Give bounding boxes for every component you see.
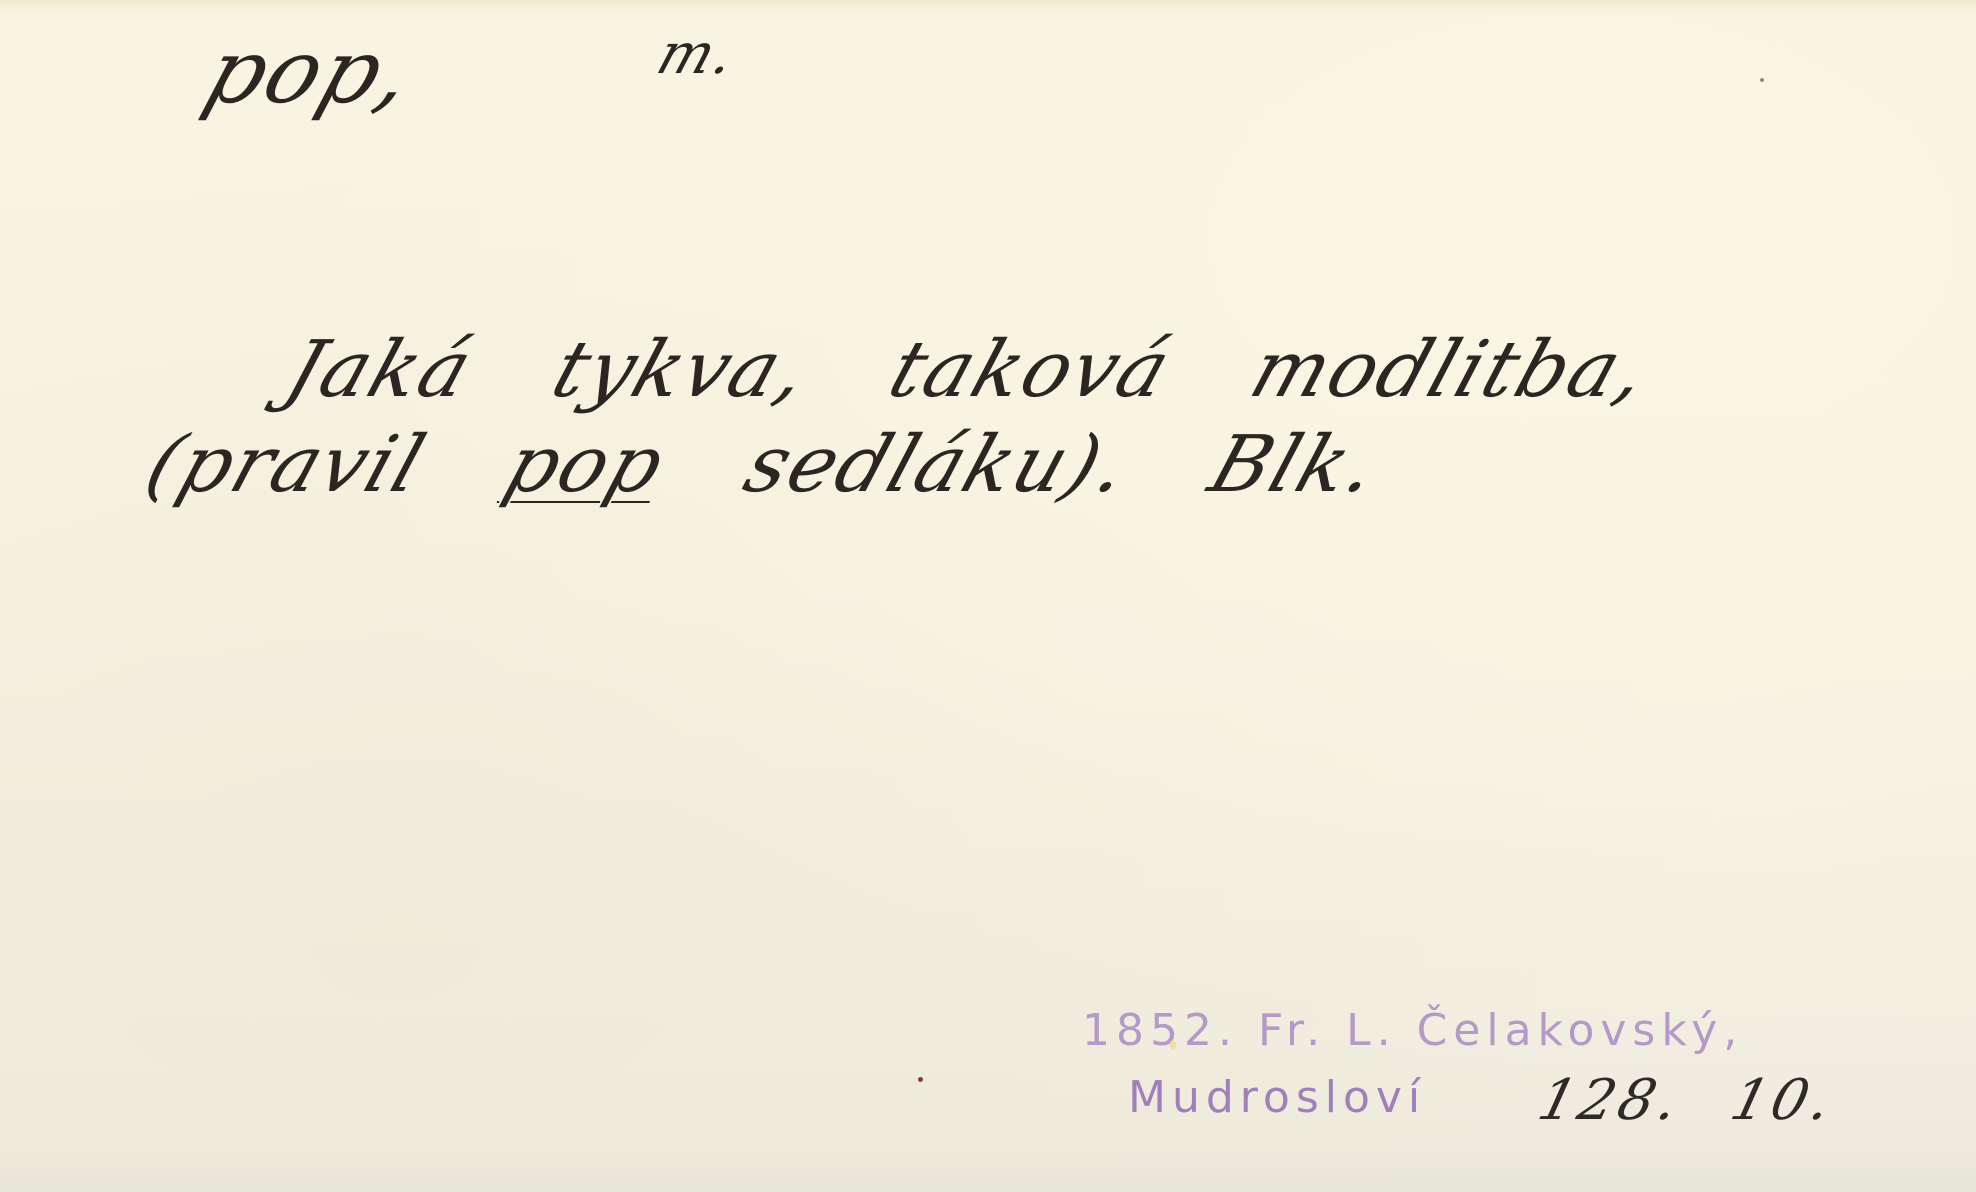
example-line-1: Jaká tykva, taková modlitba, [275,325,1660,415]
source-stamp-line-2: Mudrosloví [1128,1072,1426,1123]
card-top-edge [0,0,1976,14]
paper-speck [918,1077,923,1082]
source-stamp-line-1: 1852. Fr. L. Čelakovský, [1082,1005,1743,1056]
example-line-2-after: sedláku). Blk. [734,420,1391,510]
paper-speck [1760,78,1764,82]
example-headword-underlined: pop [494,420,676,510]
grammatical-gender: m. [649,22,745,87]
example-line-2: (pravil pop sedláku). Blk. [135,420,1390,510]
source-reference: 128. 10. [1532,1068,1842,1133]
lexicon-card: pop, m. Jaká tykva, taková modlitba, (pr… [0,0,1976,1192]
paper-speck [1170,1040,1176,1050]
headword: pop, [193,20,428,123]
example-line-2-before: (pravil [135,420,436,510]
card-bottom-edge [0,1152,1976,1192]
